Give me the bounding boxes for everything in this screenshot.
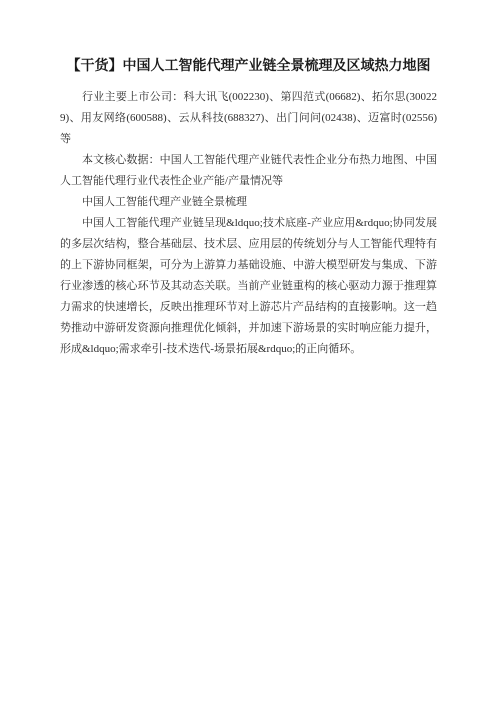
document-title: 【干货】中国人工智能代理产业链全景梳理及区域热力地图	[60, 55, 437, 78]
paragraph-listed-companies: 行业主要上市公司：科大讯飞(002230)、第四范式(06682)、拓尔思(30…	[60, 87, 437, 150]
document-page: 【干货】中国人工智能代理产业链全景梳理及区域热力地图 行业主要上市公司：科大讯飞…	[0, 0, 496, 701]
paragraph-core-data: 本文核心数据：中国人工智能代理产业链代表性企业分布热力地图、中国人工智能代理行业…	[60, 150, 437, 192]
paragraph-industry-chain-analysis: 中国人工智能代理产业链呈现&ldquo;技术底座-产业应用&rdquo;协同发展…	[60, 213, 437, 360]
section-heading-industry-chain-overview: 中国人工智能代理产业链全景梳理	[60, 192, 437, 213]
